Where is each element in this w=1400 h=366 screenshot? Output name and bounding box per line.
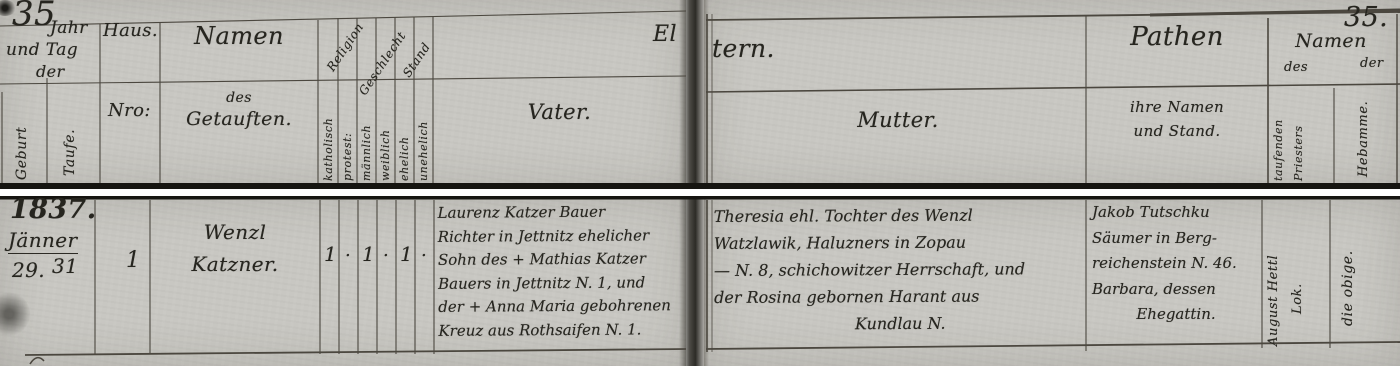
- header-eltern-right-fragment: tern.: [712, 34, 775, 63]
- tick-dot-1: .: [345, 240, 351, 261]
- page-number-right: 35.: [1344, 2, 1388, 33]
- record-year: 1837.: [10, 194, 97, 225]
- record-child-name-line2: Katzner.: [150, 252, 320, 276]
- mother-line: der Rosina gebornen Harant aus: [714, 282, 1086, 311]
- mother-line: Theresia ehl. Tochter des Wenzl: [714, 201, 1086, 230]
- father-line: Sohn des + Mathias Katzer: [438, 247, 684, 272]
- mother-line: — N. 8, schichowitzer Herrschaft, und: [714, 255, 1086, 284]
- record-godparents-entry: Jakob Tutschku Säumer in Berg- reichenst…: [1092, 200, 1260, 328]
- register-scan: 35 35. Jahr und Tag der Geburt Taufe. Ha…: [0, 0, 1400, 366]
- record-strip: 1837. Jänner 29. 31 1 Wenzl Katzner. 1 .…: [0, 196, 1400, 366]
- header-protestant-label: protest:: [341, 133, 354, 181]
- header-catholic-label: katholisch: [322, 118, 335, 181]
- tick-dot-2: .: [383, 240, 389, 261]
- record-priest-name-line1: August Hettl: [1266, 255, 1281, 346]
- godparent-line: Jakob Tutschku: [1092, 200, 1260, 226]
- record-mother-entry: Theresia ehl. Tochter des Wenzl Watzlawi…: [714, 201, 1087, 338]
- record-month: Jänner: [8, 228, 78, 254]
- header-godparents-sub1: ihre Namen: [1096, 98, 1258, 116]
- godparent-line: Barbara, dessen: [1092, 277, 1260, 303]
- header-father-label: Vater.: [433, 100, 686, 124]
- header-date-line1: Jahr: [50, 18, 88, 38]
- header-priest-label-line2: Priesters: [1292, 125, 1305, 181]
- godparent-line: Säumer in Berg-: [1092, 226, 1260, 252]
- header-date-line2: und Tag: [6, 40, 78, 60]
- header-strip: 35 35. Jahr und Tag der Geburt Taufe. Ha…: [0, 0, 1400, 189]
- father-line: Bauers in Jettnitz N. 1, und: [438, 271, 684, 296]
- header-names-label: Namen: [1268, 30, 1394, 52]
- tick-dot-3: .: [421, 240, 427, 261]
- header-godparents-label: Pathen: [1086, 22, 1268, 52]
- header-godparents-sub2: und Stand.: [1096, 122, 1258, 140]
- father-line: Kreuz aus Rothsaifen N. 1.: [438, 318, 684, 343]
- header-house-label: Haus.: [103, 20, 158, 41]
- record-child-name-line1: Wenzl: [150, 220, 320, 244]
- record-priest-name-line2: Lok.: [1290, 283, 1305, 314]
- header-mother-label: Mutter.: [710, 108, 1086, 132]
- record-father-entry: Laurenz Katzer Bauer Richter in Jettnitz…: [438, 200, 685, 343]
- header-eltern-left-fragment: El: [653, 22, 677, 47]
- header-house-number-label: Nro:: [108, 100, 151, 121]
- record-baptism-day: 31: [52, 254, 78, 278]
- tick-katholisch: 1: [324, 242, 337, 266]
- header-legitimate-label: ehelich: [398, 136, 411, 181]
- tick-ehelich: 1: [400, 242, 413, 266]
- godparent-line: reichenstein N. 46.: [1092, 251, 1260, 277]
- record-midwife-entry: die obige.: [1340, 250, 1356, 326]
- record-house-number: 1: [126, 248, 140, 273]
- record-birth-day: 29.: [12, 258, 45, 282]
- header-date-line3: der: [36, 62, 65, 81]
- header-name-sub1: des: [160, 90, 318, 106]
- header-names-der: der: [1360, 56, 1383, 71]
- mother-line: Kundlau N.: [714, 309, 1086, 338]
- header-female-label: weiblich: [379, 129, 392, 181]
- header-name-label: Namen: [160, 22, 318, 50]
- header-birth-label: Geburt: [14, 127, 30, 180]
- header-priest-label-line1: taufenden: [1272, 119, 1285, 181]
- tick-maennlich: 1: [362, 242, 375, 266]
- father-line: Richter in Jettnitz ehelicher: [438, 224, 684, 249]
- header-midwife-label: Hebamme.: [1356, 101, 1371, 177]
- header-male-label: männlich: [360, 125, 373, 181]
- header-baptism-label: Taufe.: [62, 129, 78, 176]
- header-name-sub2: Getauften.: [160, 108, 318, 130]
- header-names-des: des: [1284, 60, 1308, 75]
- father-line: Laurenz Katzer Bauer: [438, 200, 684, 225]
- father-line: der + Anna Maria gebohrenen: [438, 294, 684, 319]
- godparent-line: Ehegattin.: [1092, 302, 1260, 328]
- mother-line: Watzlawik, Haluzners in Zopau: [714, 228, 1086, 257]
- header-illegitimate-label: unehelich: [417, 121, 430, 181]
